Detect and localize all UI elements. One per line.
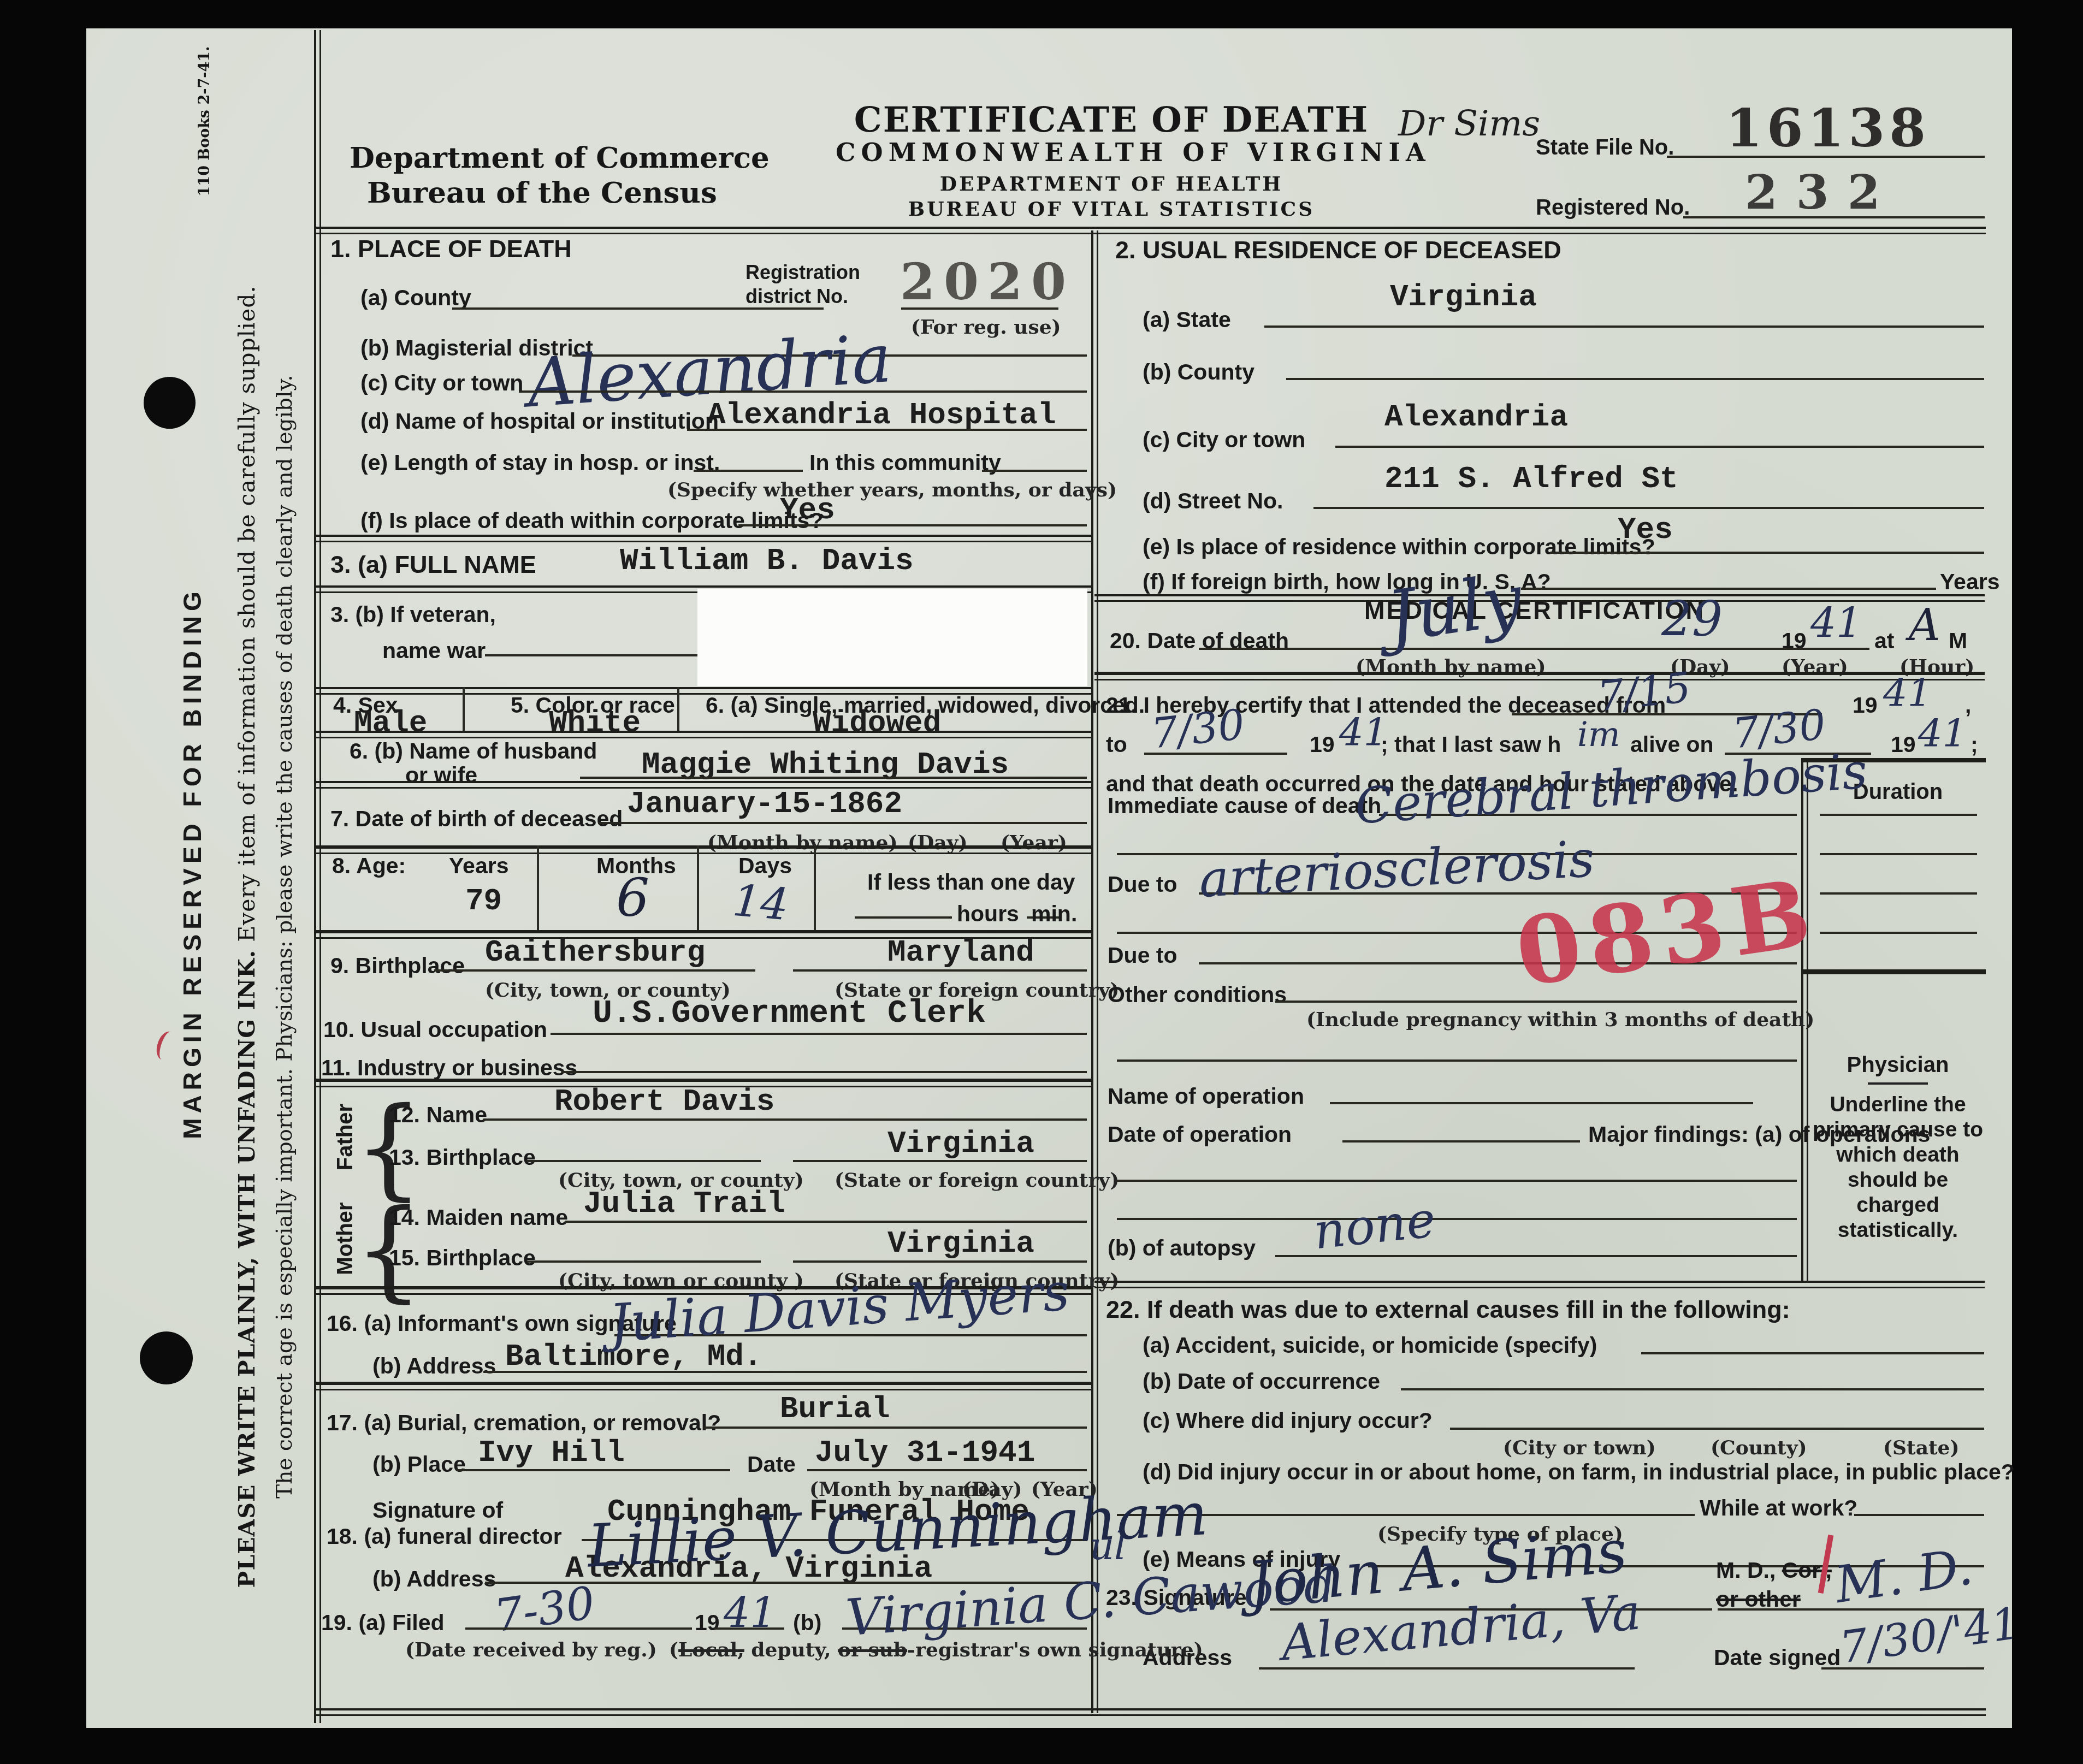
autopsy-line — [1275, 1255, 1797, 1257]
s19b-label: (b) — [793, 1610, 821, 1636]
physician-note: Underline the primary cause to which dea… — [1810, 1092, 1985, 1243]
s17a-value: Burial — [780, 1392, 890, 1426]
s9-city-value: Gaithersburg — [485, 935, 705, 970]
s17b-place-line — [456, 1469, 730, 1471]
s2-county-line — [1286, 378, 1984, 380]
s19-year-line — [714, 1627, 784, 1630]
s20-day-hw: 29 — [1661, 591, 1723, 647]
s21-yr-c: 41 — [1918, 711, 1967, 756]
s22c-sub-city: (City or town) — [1503, 1436, 1656, 1459]
bottom-rule — [316, 1708, 1986, 1716]
s22d-label: (d) Did injury occur in or about home, o… — [1143, 1459, 2015, 1485]
s13-line1 — [527, 1160, 761, 1162]
s17b-date-value: July 31-1941 — [815, 1435, 1035, 1470]
divider-age-2 — [697, 845, 699, 930]
s21-to-hw: 7/30 — [1149, 700, 1247, 757]
s2-years-label: Years — [1940, 569, 1999, 595]
s20-m-label: M — [1949, 628, 1967, 654]
divider-age-1 — [537, 845, 539, 930]
s22c-sub-county: (County) — [1711, 1436, 1807, 1459]
op-date-line — [1342, 1140, 1580, 1143]
s1-reg-label1: Registration — [745, 261, 860, 284]
s10-label: 10. Usual occupation — [323, 1017, 547, 1043]
s17a-label: 17. (a) Burial, cremation, or removal? — [327, 1410, 721, 1436]
s23-md-text: M. D., — [1716, 1558, 1782, 1583]
s10-value: U.S.Government Clerk — [593, 995, 986, 1032]
s15-label: 15. Birthplace — [389, 1245, 536, 1271]
s22-title: 22. If death was due to external causes … — [1106, 1295, 1790, 1324]
registered-number: 232 — [1745, 165, 1899, 220]
s13-value: Virginia — [887, 1126, 1034, 1161]
s1-stay-line1 — [694, 470, 803, 472]
s2-city-label: (c) City or town — [1143, 427, 1305, 453]
s1-city-label: (c) City or town — [360, 370, 523, 396]
autopsy-label: (b) of autopsy — [1108, 1235, 1256, 1261]
s1-limits-line — [738, 524, 1087, 526]
s2-limits-line — [1550, 552, 1984, 554]
medical-title: MEDICAL CERTIFICATION — [1256, 596, 1813, 625]
s8-min-label: min. — [1031, 901, 1077, 927]
s19-printed-19: 19 — [695, 1610, 720, 1636]
s1-stay-label: (e) Length of stay in hosp. or inst. — [360, 450, 720, 476]
s14-label: 14. Maiden name — [389, 1205, 568, 1230]
rule-456-bottom — [316, 731, 1091, 738]
rule-7-bottom — [316, 845, 1091, 854]
s22c-sub-state: (State) — [1883, 1436, 1960, 1459]
punch-hole-top — [144, 377, 196, 429]
s8-years-value: 79 — [465, 884, 502, 919]
s2-limits-label: (e) Is place of residence within corpora… — [1143, 534, 1655, 560]
s1-hospital-label: (d) Name of hospital or institution — [360, 409, 719, 434]
s10-line — [551, 1033, 1087, 1035]
rule-20-bottom — [1094, 672, 1985, 680]
divider-age-3 — [814, 845, 816, 930]
med-blank-long — [1117, 1059, 1797, 1062]
dept-health-line: DEPARTMENT OF HEALTH — [836, 173, 1387, 196]
s2-city-value: Alexandria — [1384, 400, 1568, 435]
s2-county-label: (b) County — [1143, 359, 1254, 385]
s3b-line — [485, 654, 699, 656]
duration-bottom-rule — [1802, 969, 1986, 974]
s17-date-label: Date — [747, 1452, 796, 1477]
s23-md-line1: M. D., Cor., — [1716, 1558, 1832, 1583]
s1-title: 1. PLACE OF DEATH — [330, 235, 572, 263]
divider-color-marital — [677, 687, 679, 732]
s23-address-line — [1259, 1667, 1635, 1670]
s22c-line — [1450, 1428, 1984, 1430]
s7-label: 7. Date of birth of deceased — [330, 806, 623, 832]
rule-s1-bottom — [316, 535, 1091, 542]
s19-sub-a: (Date received by reg.) — [405, 1638, 657, 1661]
s2-state-label: (a) State — [1143, 307, 1231, 333]
s9-line2 — [793, 969, 1087, 972]
s21-midtext: ; that I last saw h — [1381, 732, 1561, 757]
s19-sub-b: (Local, deputy, or sub-registrar's own s… — [669, 1638, 1203, 1661]
s19-sub-b-post: -registrar's own signature) — [907, 1638, 1203, 1661]
due1-label: Due to — [1108, 872, 1177, 897]
med-blank3 — [1117, 1180, 1797, 1182]
s7-line — [598, 822, 1087, 824]
s17a-line — [703, 1426, 1087, 1429]
s17b-place-value: Ivy Hill — [478, 1435, 625, 1470]
s1-county-line — [452, 307, 824, 310]
s19a-label: 19. (a) Filed — [321, 1610, 445, 1636]
physician-label: Physician — [1819, 1053, 1977, 1078]
s21-19a: 19 — [1853, 692, 1878, 718]
med-blank4 — [1117, 1218, 1797, 1220]
s14-value: Julia Trail — [583, 1186, 785, 1221]
s1-stay-line2 — [982, 470, 1087, 472]
state-file-number: 16138 — [1726, 97, 1930, 159]
stock-number: 110 Books 2-7-41. — [196, 46, 213, 197]
form-left-rule — [314, 30, 321, 1723]
s8-hours-line — [855, 916, 952, 919]
s12-value: Robert Davis — [554, 1084, 774, 1119]
s21-to-line — [1144, 753, 1287, 755]
s1-reg-line — [901, 307, 1058, 310]
s22a-label: (a) Accident, suicide, or homicide (spec… — [1143, 1333, 1597, 1358]
bureau-census: Bureau of the Census — [367, 176, 717, 210]
dept-commerce: Department of Commerce — [350, 141, 770, 175]
s16b-line — [483, 1371, 1087, 1373]
s22c-label: (c) Where did injury occur? — [1143, 1408, 1433, 1434]
s6b-line — [580, 777, 1087, 779]
s9-label: 9. Birthplace — [330, 953, 465, 979]
s1-county-label: (a) County — [360, 285, 471, 311]
s1-for-reg-use: (For reg. use) — [911, 316, 1061, 339]
s9-line1 — [434, 969, 755, 972]
s21-from-hw: 7/15 — [1595, 662, 1693, 720]
s21-to-label: to — [1106, 732, 1127, 757]
s1-city-line — [519, 390, 1087, 393]
bureau-vital-line: BUREAU OF VITAL STATISTICS — [836, 198, 1387, 221]
duration-line4 — [1820, 932, 1977, 934]
punch-hole-bottom — [140, 1331, 193, 1384]
s8-less-label: If less than one day — [867, 869, 1075, 895]
s13-sub-state: (State or foreign country) — [835, 1169, 1119, 1192]
s22b-label: (b) Date of occurrence — [1143, 1369, 1380, 1394]
s3b-label1: 3. (b) If veteran, — [330, 602, 496, 628]
s17-date-line — [807, 1469, 1087, 1471]
s2-state-value: Virginia — [1390, 280, 1537, 315]
s13-label: 13. Birthplace — [389, 1145, 536, 1170]
s6b-label1: 6. (b) Name of husband — [350, 738, 597, 764]
s3a-label: 3. (a) FULL NAME — [330, 550, 536, 579]
s12-label: 12. Name — [389, 1102, 487, 1128]
state-file-label: State File No. — [1536, 135, 1674, 160]
s2-title: 2. USUAL RESIDENCE OF DECEASED — [1115, 236, 1561, 264]
s2-street-label: (d) Street No. — [1143, 488, 1283, 514]
rule-16-bottom — [316, 1382, 1091, 1390]
state-file-underline — [1667, 156, 1985, 158]
s15-line1 — [527, 1260, 761, 1263]
s18a-label: 18. (a) funeral director — [327, 1524, 562, 1549]
s11-label: 11. Industry or business — [321, 1055, 577, 1081]
write-plainly-bold: PLEASE WRITE PLAINLY, WITH UNFADING INK. — [234, 950, 260, 1588]
imm-cause-label: Immediate cause of death — [1108, 793, 1381, 819]
physician-divider — [1868, 1082, 1928, 1085]
s19-sub-b-mid: deputy, — [744, 1638, 838, 1661]
s19-sub-b-pre: ( — [669, 1638, 678, 1661]
s22a-line — [1641, 1352, 1984, 1354]
binding-note: MARGIN RESERVED FOR BINDING — [177, 587, 207, 1139]
s8-hours-label: hours — [957, 901, 1019, 927]
s21-him-hw: im — [1577, 714, 1620, 754]
commonwealth-line: COMMONWEALTH OF VIRGINIA — [836, 138, 1387, 167]
duration-line3 — [1820, 892, 1977, 895]
s15-value: Virginia — [887, 1226, 1034, 1261]
s1-specify-note: (Specify whether years, months, or days) — [667, 478, 1117, 501]
due2-label: Due to — [1108, 943, 1177, 968]
s22-work-label: While at work? — [1700, 1495, 1857, 1521]
s21-19b: 19 — [1310, 732, 1335, 757]
pregnancy-note: (Include pregnancy within 3 months of de… — [1306, 1008, 1814, 1031]
s1-reg-label2: district No. — [745, 285, 848, 308]
s11-line — [561, 1071, 1087, 1073]
s1-reg-district-number: 2020 — [900, 252, 1075, 311]
s2-state-line — [1264, 325, 1984, 328]
s1-hospital-line — [687, 429, 1087, 431]
s21-yr-a: 41 — [1883, 671, 1932, 715]
s15-line2 — [793, 1260, 1087, 1263]
redaction-box — [697, 589, 1087, 686]
s23-date-signed-line — [1821, 1667, 1984, 1670]
registered-label: Registered No. — [1536, 196, 1690, 220]
duration-line1 — [1820, 814, 1977, 816]
s2-foreign-line — [1521, 588, 1936, 590]
s14-line — [565, 1221, 1087, 1223]
write-plainly-rest: Every item of information should be care… — [234, 286, 260, 950]
s21-semi: ; — [1970, 732, 1978, 757]
s9-state-value: Maryland — [887, 935, 1034, 970]
s1-community-label: In this community — [809, 450, 1001, 476]
s18-sig-label: Signature of — [372, 1497, 503, 1523]
op-name-label: Name of operation — [1108, 1084, 1304, 1109]
s8-days-value: 14 — [731, 875, 791, 931]
divider-sex-color — [463, 687, 465, 732]
certificate-title: CERTIFICATE OF DEATH — [836, 99, 1387, 140]
s1-hospital-value: Alexandria Hospital — [707, 398, 1056, 433]
s2-street-line — [1313, 507, 1984, 509]
s1-limits-label: (f) Is place of death within corporate l… — [360, 508, 823, 534]
age-note: The correct age is especially important.… — [273, 375, 297, 1498]
s2-city-line — [1335, 446, 1984, 448]
s8-months-value: 6 — [616, 867, 649, 928]
scanned-death-certificate: 110 Books 2-7-41. MARGIN RESERVED FOR BI… — [0, 0, 2083, 1764]
s21-19c: 19 — [1891, 732, 1916, 757]
s20-year-hw: 41 — [1810, 600, 1862, 647]
s3b-label2: name war — [382, 638, 486, 664]
s19-sub-b-strike1: Local, — [678, 1638, 744, 1661]
duration-line2 — [1820, 853, 1977, 855]
other-cond-label: Other conditions — [1108, 982, 1287, 1008]
s2-street-value: 211 S. Alfred St — [1384, 461, 1678, 496]
op-date-label: Date of operation — [1108, 1122, 1292, 1147]
s17b-place-label: (b) Place — [372, 1452, 466, 1477]
s19a-line — [465, 1627, 692, 1630]
header-rule — [316, 227, 1986, 234]
s12-line — [483, 1118, 1087, 1121]
s8-label: 8. Age: — [332, 853, 406, 879]
s8-years-header: Years — [449, 853, 508, 879]
s22b-line — [1401, 1388, 1984, 1390]
s7-value: January-15-1862 — [627, 786, 902, 821]
registered-underline — [1683, 216, 1985, 218]
s23-date-signed-label: Date signed — [1714, 1645, 1841, 1671]
s13-line2 — [793, 1160, 1087, 1162]
s8-days-header: Days — [738, 853, 792, 879]
write-plainly-note: PLEASE WRITE PLAINLY, WITH UNFADING INK.… — [234, 286, 260, 1588]
op-name-line — [1330, 1102, 1753, 1104]
s20-hour-hw: A — [1909, 600, 1940, 650]
s3a-value: William B. Davis — [620, 543, 914, 578]
s22d-line2 — [1854, 1514, 1984, 1516]
rule-medical-bottom — [1094, 1281, 1985, 1288]
s18b-label: (b) Address — [372, 1566, 496, 1592]
s20-at-label: at — [1874, 628, 1894, 654]
s20-line — [1199, 648, 1869, 650]
s16b-label: (b) Address — [372, 1353, 496, 1379]
